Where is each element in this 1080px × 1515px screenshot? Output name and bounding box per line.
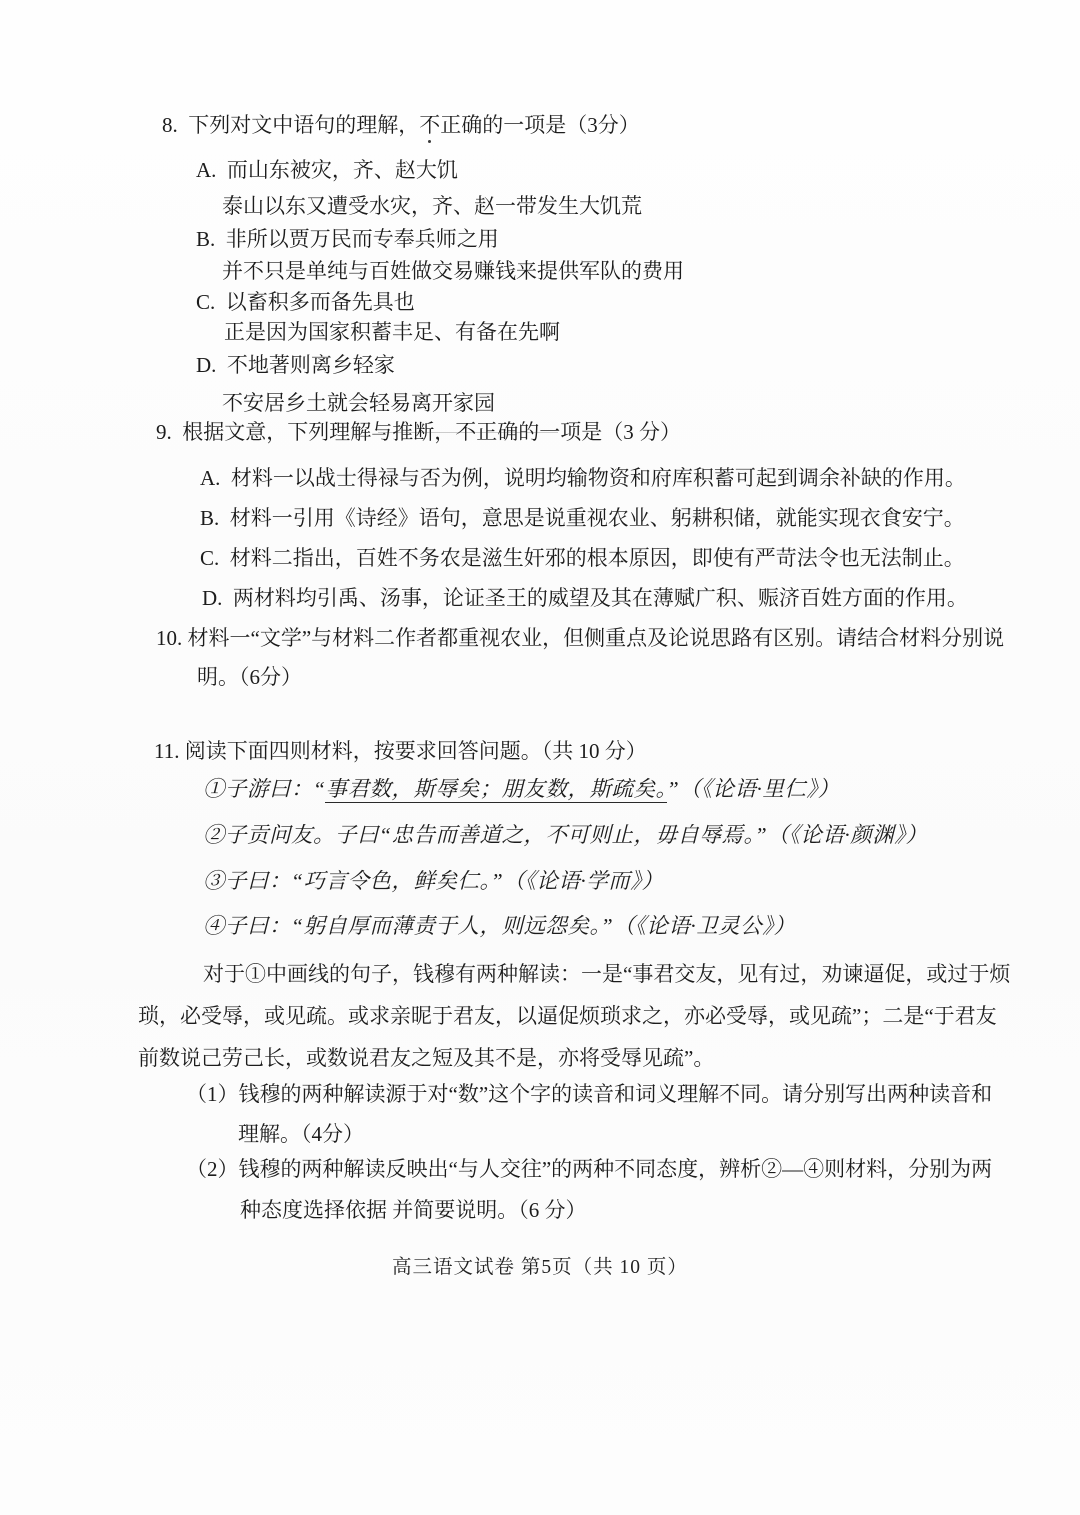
q8-option-d-label: D. xyxy=(196,353,216,377)
q8-stem-pre: 下列对文中语句的理解， xyxy=(188,113,419,137)
q11-material-1-post: ”（《论语·里仁》） xyxy=(667,777,840,801)
q11-material-1: ①子游曰：“事君数，斯辱矣；朋友数，斯疏矣。”（《论语·里仁》） xyxy=(203,776,840,803)
q11-sub1-label: （1） xyxy=(186,1082,239,1106)
q9-option-a: A. 材料一以战士得禄与否为例，说明均输物资和府库积蓄可起到调余补缺的作用。 xyxy=(200,465,966,491)
q10-line1-text: 材料一“文学”与材料二作者都重视农业，但侧重点及论说思路有区别。请结合材料分别说 xyxy=(188,626,1005,650)
q8-option-a-translation: 泰山以东又遭受水灾，齐、赵一带发生大饥荒 xyxy=(222,193,642,219)
exam-paper-page: 8. 下列对文中语句的理解，不正确的一项是（3分） A. 而山东被灾，齐、赵大饥… xyxy=(0,0,1080,1515)
q11-material-3: ③子曰：“巧言令色，鲜矣仁。”（《论语·学而》） xyxy=(203,868,664,895)
q8-option-b-translation: 并不只是单纯与百姓做交易赚钱来提供军队的费用 xyxy=(222,258,684,284)
q9-option-d-label: D. xyxy=(202,586,222,610)
q11-material-2: ②子贡问友。子曰“忠告而善道之，不可则止，毋自辱焉。”（《论语·颜渊》） xyxy=(203,822,928,849)
q8-option-c-label: C. xyxy=(196,290,215,314)
q8-stem-emphasis: 不 xyxy=(419,113,440,137)
q8-option-c-translation: 正是因为国家积蓄丰足、有备在先啊 xyxy=(224,319,560,345)
q11-commentary-line2: 琐，必受辱，或见疏。或求亲昵于君友，以逼促烦琐求之，亦必受辱，或见疏”；二是“于… xyxy=(138,1003,997,1029)
q8-option-c-phrase: 以畜积多而备先具也 xyxy=(226,290,415,314)
q11-commentary-line1: 对于①中画线的句子，钱穆有两种解读：一是“事君交友，见有过，劝谏逼促，或过于烦 xyxy=(203,961,1010,987)
q11-number: 11. xyxy=(154,739,179,763)
q8-option-a: A. 而山东被灾，齐、赵大饥 xyxy=(196,157,458,183)
q11-sub1-line2: 理解。（4分） xyxy=(238,1121,364,1147)
q9-option-b-text: 材料一引用《诗经》语句，意思是说重视农业、躬耕积储，就能实现衣食安宁。 xyxy=(230,506,965,530)
q10-number: 10. xyxy=(156,626,182,650)
q11-stem-text: 阅读下面四则材料，按要求回答问题。（共 10 分） xyxy=(185,739,647,763)
q11-material-1-pre: ①子游曰：“ xyxy=(203,777,325,801)
q10-line1: 10. 材料一“文学”与材料二作者都重视农业，但侧重点及论说思路有区别。请结合材… xyxy=(156,625,1004,651)
q8-option-a-label: A. xyxy=(196,158,216,182)
q8-option-b: B. 非所以贾万民而专奉兵师之用 xyxy=(196,226,499,252)
q11-stem: 11. 阅读下面四则材料，按要求回答问题。（共 10 分） xyxy=(154,738,647,764)
q11-sub2-label: （2） xyxy=(186,1157,239,1181)
q9-option-c-label: C. xyxy=(200,546,219,570)
q11-sub1-text: 钱穆的两种解读源于对“数”这个字的读音和词义理解不同。请分别写出两种读音和 xyxy=(239,1082,993,1106)
q9-option-d: D. 两材料均引禹、汤事，论证圣王的威望及其在薄赋广积、赈济百姓方面的作用。 xyxy=(202,585,968,611)
q9-option-c-text: 材料二指出，百姓不务农是滋生奸邪的根本原因，即使有严苛法令也无法制止。 xyxy=(230,546,965,570)
page-footer: 高三语文试卷 第5页（共 10 页） xyxy=(0,1251,1080,1279)
q9-option-a-label: A. xyxy=(200,466,220,490)
q9-option-c: C. 材料二指出，百姓不务农是滋生奸邪的根本原因，即使有严苛法令也无法制止。 xyxy=(200,545,965,571)
q8-option-b-phrase: 非所以贾万民而专奉兵师之用 xyxy=(226,227,499,251)
q9-option-b: B. 材料一引用《诗经》语句，意思是说重视农业、躬耕积储，就能实现衣食安宁。 xyxy=(200,505,965,531)
scan-artifact-line xyxy=(378,432,558,433)
q11-sub2-text: 钱穆的两种解读反映出“与人交往”的两种不同态度，辨析②—④则材料，分别为两 xyxy=(239,1157,993,1181)
q11-material-4: ④子曰：“躬自厚而薄责于人，则远怨矣。”（《论语·卫灵公》） xyxy=(203,913,796,940)
q9-number: 9. xyxy=(156,420,172,444)
q10-line2: 明。（6分） xyxy=(197,664,302,690)
q11-material-1-underlined: 事君数，斯辱矣；朋友数，斯疏矣。 xyxy=(325,777,666,803)
q9-option-d-text: 两材料均引禹、汤事，论证圣王的威望及其在薄赋广积、赈济百姓方面的作用。 xyxy=(233,586,968,610)
q8-number: 8. xyxy=(162,113,178,137)
q8-option-b-label: B. xyxy=(196,227,215,251)
q8-option-d-translation: 不安居乡土就会轻易离开家园 xyxy=(222,390,495,416)
q8-stem-post: 正确的一项是（3分） xyxy=(440,113,640,137)
q8-stem: 8. 下列对文中语句的理解，不正确的一项是（3分） xyxy=(162,112,640,138)
q8-option-d: D. 不地著则离乡轻家 xyxy=(196,352,395,378)
q11-sub1-line1: （1）钱穆的两种解读源于对“数”这个字的读音和词义理解不同。请分别写出两种读音和 xyxy=(186,1081,992,1107)
q8-option-c: C. 以畜积多而备先具也 xyxy=(196,289,415,315)
q11-sub2-line1: （2）钱穆的两种解读反映出“与人交往”的两种不同态度，辨析②—④则材料，分别为两 xyxy=(186,1156,992,1182)
q9-option-a-text: 材料一以战士得禄与否为例，说明均输物资和府库积蓄可起到调余补缺的作用。 xyxy=(231,466,966,490)
q8-option-a-phrase: 而山东被灾，齐、赵大饥 xyxy=(227,158,458,182)
q8-option-d-phrase: 不地著则离乡轻家 xyxy=(227,353,395,377)
q11-commentary-line3: 前数说己劳己长，或数说君友之短及其不是，亦将受辱见疏”。 xyxy=(138,1045,714,1071)
q9-option-b-label: B. xyxy=(200,506,219,530)
q11-sub2-line2: 种态度选择依据 并简要说明。（6 分） xyxy=(240,1197,587,1223)
